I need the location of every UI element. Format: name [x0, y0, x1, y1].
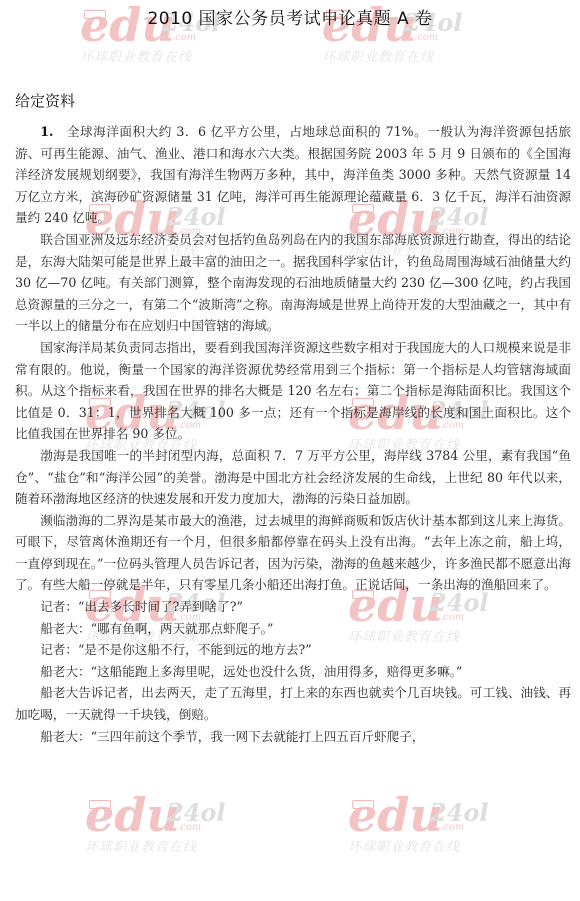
materials-body: 1. 全球海洋面积大约 3．6 亿平方公里，占地球总面积的 71%。一般认为海洋… — [15, 121, 571, 747]
dialogue-line: 记者：“出去多长时间了?弄到啥了?” — [15, 596, 571, 618]
watermark-domain: .com — [440, 822, 464, 833]
watermark-badge-icon — [89, 800, 111, 809]
document-page: edu 24ol .com 环球职业教育在线 edu 24ol .com 环球职… — [0, 0, 580, 901]
watermark-logo: edu 24ol .com 环球职业教育在线 — [348, 792, 478, 858]
watermark-tagline: 环球职业教育在线 — [85, 836, 215, 855]
watermark-domain: .com — [172, 32, 196, 43]
watermark-domain: .com — [177, 822, 201, 833]
watermark-brand-suffix: 24ol — [167, 798, 226, 827]
dialogue-line: 船老大：“哪有鱼啊，两天就那点虾爬子。” — [15, 618, 571, 640]
watermark-badge-icon — [352, 800, 374, 809]
paragraph: 濒临渤海的二界沟是某市最大的渔港，过去城里的海鲜商贩和饭店伙计基本都到这儿来上海… — [15, 510, 571, 596]
watermark-brand: edu — [348, 792, 443, 838]
paragraph: 船老大告诉记者，出去两天，走了五海里，打上来的东西也就卖个几百块钱。可工钱、油钱… — [15, 682, 571, 725]
paragraph: 国家海洋局某负责同志指出，要看到我国海洋资源这些数字相对于我国庞大的人口规模来说… — [15, 337, 571, 445]
paragraph-1: 1. 全球海洋面积大约 3．6 亿平方公里，占地球总面积的 71%。一般认为海洋… — [15, 121, 571, 229]
section-heading: 给定资料 — [15, 90, 75, 111]
watermark-brand-suffix: 24ol — [430, 798, 489, 827]
watermark-tagline: 环球职业教育在线 — [322, 46, 452, 65]
paragraph: 联合国亚洲及远东经济委员会对包括钓鱼岛列岛在内的我国东部海底资源进行勘查，得出的… — [15, 229, 571, 337]
watermark-logo: edu 24ol .com 环球职业教育在线 — [85, 792, 215, 858]
watermark-tagline: 环球职业教育在线 — [80, 46, 210, 65]
watermark-tagline: 环球职业教育在线 — [348, 836, 478, 855]
paragraph-text: 全球海洋面积大约 3．6 亿平方公里，占地球总面积的 71%。一般认为海洋资源包… — [15, 124, 571, 225]
paragraph-number: 1. — [40, 124, 53, 139]
dialogue-line: 记者：“是不是你这船不行，不能到远的地方去?” — [15, 639, 571, 661]
dialogue-line: 船老大：“三四年前这个季节，我一网下去就能打上四五百斤虾爬子， — [15, 726, 571, 748]
watermark-brand: edu — [85, 792, 180, 838]
document-title: 2010 国家公务员考试申论真题 A 卷 — [0, 4, 580, 29]
dialogue-line: 船老大：“这船能跑上多海里呢，远处也没什么货，油用得多，赔得更多嘛。” — [15, 661, 571, 683]
paragraph: 渤海是我国唯一的半封闭型内海，总面积 7．7 万平方公里，海岸线 3784 公里… — [15, 445, 571, 510]
watermark-domain: .com — [414, 32, 438, 43]
